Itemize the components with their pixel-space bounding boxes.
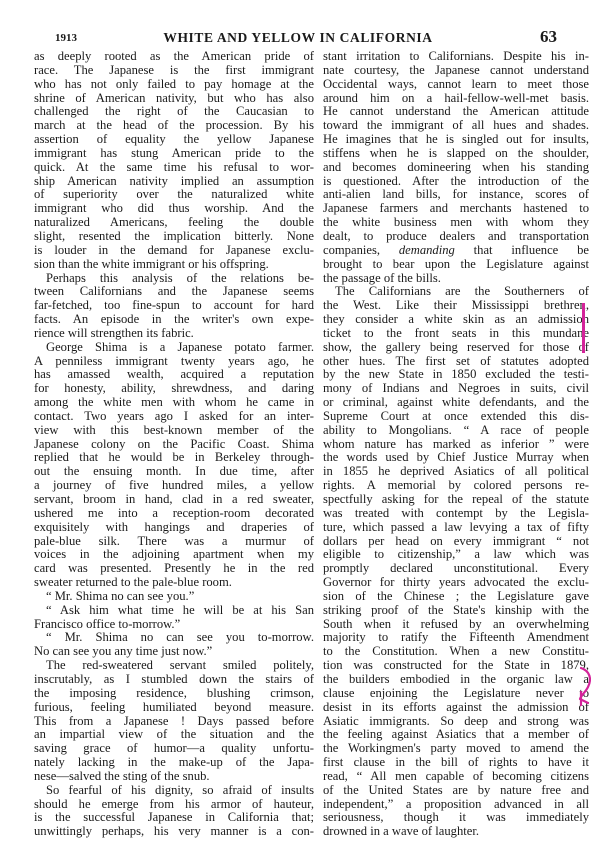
- text-line: challenged the right of the Caucasian to: [34, 105, 314, 119]
- text-line: seriousness, though it was immediately: [323, 811, 589, 825]
- text-line: is louder in the demand for Japanese exc…: [34, 244, 314, 258]
- text-line: out the ensuing month. In due time, afte…: [34, 465, 314, 479]
- text-line: stiffens when he is slapped on the shoul…: [323, 147, 589, 161]
- text-line: ability to Mongolians. “ A race of peopl…: [323, 424, 589, 438]
- left-column: as deeply rooted as the American pride o…: [34, 50, 314, 839]
- text-line: the feeling against Asiatics that a memb…: [323, 728, 589, 742]
- text-line: Governor for thirty years advocated the …: [323, 576, 589, 590]
- text-line: card was presented. Presently he in the …: [34, 562, 314, 576]
- text-line: stant irritation to Californians. Despit…: [323, 50, 589, 64]
- text-line: He imagines that he is singled out for i…: [323, 133, 589, 147]
- text-line: inscrutably, as I stumbled down the stai…: [34, 673, 314, 687]
- text-line: ticket to the front seats in this mundan…: [323, 327, 589, 341]
- text-line: immigrant has stung American pride to th…: [34, 147, 314, 161]
- text-line: So fearful of his dignity, so afraid of …: [34, 784, 314, 798]
- text-line: eligible to citizenship,” a law which wa…: [323, 548, 589, 562]
- text-line: Japanese farmers and merchants hastened …: [323, 202, 589, 216]
- margin-brace-annotation: [578, 665, 596, 710]
- text-line: saving grace of humor—a quality unfortu-: [34, 742, 314, 756]
- margin-highlight-bar: [582, 303, 585, 353]
- text-line: George Shima is a Japanese potato farmer…: [34, 341, 314, 355]
- text-line: tion was constructed for the State in 18…: [323, 659, 589, 673]
- text-line: an impartial view of the situation and t…: [34, 728, 314, 742]
- right-column: stant irritation to Californians. Despit…: [323, 50, 589, 839]
- text-line: Occidental ways, cannot learn to meet th…: [323, 78, 589, 92]
- text-line: is questioned. After the introduction of…: [323, 175, 589, 189]
- text-line: ushered me into a reception-room decorat…: [34, 507, 314, 521]
- text-line: far-fetched, too fine-spun to account fo…: [34, 299, 314, 313]
- text-line: servant, broom in hand, clad in a red sw…: [34, 493, 314, 507]
- text-line: read, “ All men capable of becoming citi…: [323, 770, 589, 784]
- text-line: a journey of five hundred miles, a yello…: [34, 479, 314, 493]
- text-line: nately lacking in the make-up of the Jap…: [34, 756, 314, 770]
- text-line: anti-alien land bills, for instance, sco…: [323, 188, 589, 202]
- text-line: independent,” a proposition advanced in …: [323, 798, 589, 812]
- text-line: spectfully asking for the repeal of the …: [323, 493, 589, 507]
- text-line: rights. A memorial by colored persons re…: [323, 479, 589, 493]
- text-line: voices in the adjoining apartment when m…: [34, 548, 314, 562]
- text-line: view with this best-known member of the: [34, 424, 314, 438]
- text-line: the builders embodied in the organic law…: [323, 673, 589, 687]
- text-line: sweater returned to the pale-blue room.: [34, 576, 314, 590]
- text-line: to the Constitution. When a new Constitu…: [323, 645, 589, 659]
- text-line: who has not only failed to pay homage at…: [34, 78, 314, 92]
- text-line: replied that he would be in Berkeley thr…: [34, 451, 314, 465]
- text-line: sion of the Chinese ; the Legislature ga…: [323, 590, 589, 604]
- text-line: This from a Japanese ! Days passed befor…: [34, 715, 314, 729]
- text-line: pale-blue silk. There was a murmur of: [34, 535, 314, 549]
- text-line: the white business men with whom they: [323, 216, 589, 230]
- text-line: clause enjoining the Legislature never t…: [323, 687, 589, 701]
- text-line: Japanese colony on the Pacific Coast. Sh…: [34, 438, 314, 452]
- text-line: Asiatic immigrants. So deep and strong w…: [323, 715, 589, 729]
- text-line: shrine of American nativity, but who has…: [34, 92, 314, 106]
- text-line: in 1855 he deprived Asiatics of all poli…: [323, 465, 589, 479]
- running-header: 1913 WHITE AND YELLOW IN CALIFORNIA 63: [0, 0, 596, 44]
- text-line: as deeply rooted as the American pride o…: [34, 50, 314, 64]
- page-number: 63: [540, 27, 557, 47]
- text-line: Francisco office to-morrow.”: [34, 618, 314, 632]
- text-line: among the white men with whom he came in: [34, 396, 314, 410]
- text-line: drowned in a wave of laughter.: [323, 825, 589, 839]
- text-line: brought to bear upon the Legislature aga…: [323, 258, 589, 272]
- text-line: or criminal, against white defendants, a…: [323, 396, 589, 410]
- text-line: for honesty, ability, shrewdness, and da…: [34, 382, 314, 396]
- text-line: should he emerge from his armor of haute…: [34, 798, 314, 812]
- text-line: contact. Two years ago I asked for an in…: [34, 410, 314, 424]
- text-line: race. The Japanese is the first immigran…: [34, 64, 314, 78]
- text-line: by the new State in 1850 excluded the te…: [323, 368, 589, 382]
- text-line: the West. Like their Mississippi brethre…: [323, 299, 589, 313]
- text-line: the Workingmen's party moved to amend th…: [323, 742, 589, 756]
- text-line: Perhaps this analysis of the relations b…: [34, 272, 314, 286]
- text-line: South when it refused by an overwhelming: [323, 618, 589, 632]
- text-line: No can see you any time just now.”: [34, 645, 314, 659]
- text-line: the passage of the bills.: [323, 272, 589, 286]
- text-line: the words used by Chief Justice Murray w…: [323, 451, 589, 465]
- text-line: rience will strengthen its fabric.: [34, 327, 314, 341]
- text-line: tween Californians and the Japanese seem…: [34, 285, 314, 299]
- text-line: companies, demanding that influence be: [323, 244, 589, 258]
- text-line: majority to ratify the Fifteenth Amendme…: [323, 631, 589, 645]
- text-line: “ Mr. Shima no can see you to-morrow.: [34, 631, 314, 645]
- text-line: A penniless immigrant twenty years ago, …: [34, 355, 314, 369]
- text-line: march at the head of the procession. By …: [34, 119, 314, 133]
- text-line: naturalized Americans, feeling the doubl…: [34, 216, 314, 230]
- running-title: WHITE AND YELLOW IN CALIFORNIA: [0, 30, 596, 46]
- text-line: around him on a hail-fellow-well-met bas…: [323, 92, 589, 106]
- text-line: “ Ask him what time he will be at his Sa…: [34, 604, 314, 618]
- text-line: first clause in the bill of rights to ha…: [323, 756, 589, 770]
- text-line: has amassed wealth, acquired a reputatio…: [34, 368, 314, 382]
- text-line: whom nature has marked as inferior ” wer…: [323, 438, 589, 452]
- text-line: was treated with contempt by the Legisla…: [323, 507, 589, 521]
- text-line: He cannot understand the American attitu…: [323, 105, 589, 119]
- text-line: striking proof of the State's kinship wi…: [323, 604, 589, 618]
- text-line: assertion of equality the yellow Japanes…: [34, 133, 314, 147]
- text-line: exquisitely with hangings and draperies …: [34, 521, 314, 535]
- text-line: is the successful Japanese in California…: [34, 811, 314, 825]
- text-line: they consider a white skin as an admissi…: [323, 313, 589, 327]
- text-line: dollars per head on every immigrant “ no…: [323, 535, 589, 549]
- text-line: dealt, to produce dealers and transporta…: [323, 230, 589, 244]
- text-line: unwittingly perhaps, his very manner is …: [34, 825, 314, 839]
- text-line: immigrant who did thus worship. And the: [34, 202, 314, 216]
- text-line: sion than the white immigrant or his off…: [34, 258, 314, 272]
- text-line: nese—salved the sting of the snub.: [34, 770, 314, 784]
- text-line: other hues. The first set of statutes ad…: [323, 355, 589, 369]
- text-line: Supreme Court at once extended this dis-: [323, 410, 589, 424]
- text-line: promptly declared unconstitutional. Ever…: [323, 562, 589, 576]
- text-line: The Californians are the Southerners of: [323, 285, 589, 299]
- text-line: mony of Indians and Negroes in suits, ci…: [323, 382, 589, 396]
- text-line: of the United States are by nature free …: [323, 784, 589, 798]
- text-line: furious, feeling humiliated beyond measu…: [34, 701, 314, 715]
- text-line: ture, which passed a law levying a tax o…: [323, 521, 589, 535]
- text-line: toward the immigrant of all hues and sha…: [323, 119, 589, 133]
- text-line: The red-sweatered servant smiled politel…: [34, 659, 314, 673]
- text-line: “ Mr. Shima no can see you.”: [34, 590, 314, 604]
- text-line: ship American nativity implied an assump…: [34, 175, 314, 189]
- text-line: slight, resented the implication bitterl…: [34, 230, 314, 244]
- text-line: nate courtesy, the Japanese cannot under…: [323, 64, 589, 78]
- text-line: show, the gallery being reserved for tho…: [323, 341, 589, 355]
- text-line: of superiority over the naturalized whit…: [34, 188, 314, 202]
- text-line: desist in its efforts against the admiss…: [323, 701, 589, 715]
- text-line: the imposing residence, blushing crimson…: [34, 687, 314, 701]
- text-line: and becomes domineering when his standin…: [323, 161, 589, 175]
- text-line: quick. At the same time his refusal to w…: [34, 161, 314, 175]
- text-line: facts. An episode in the writer's own ex…: [34, 313, 314, 327]
